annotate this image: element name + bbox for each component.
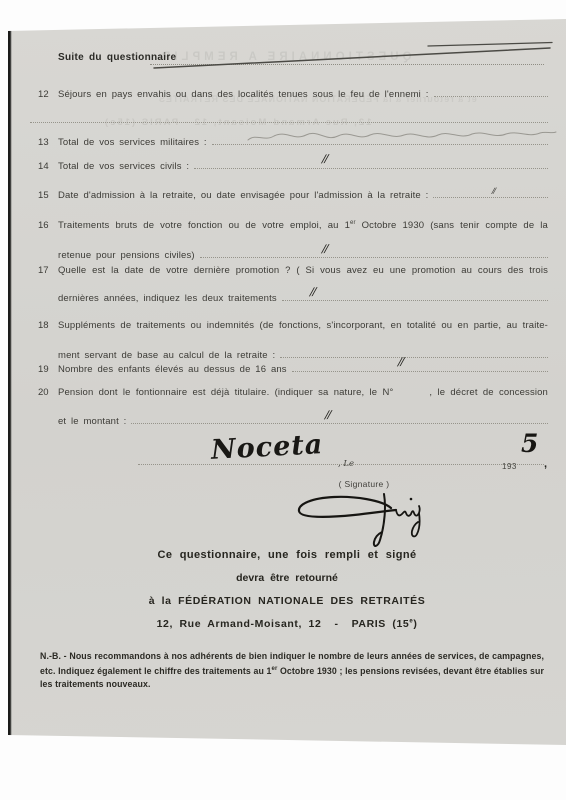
answer-line (30, 114, 548, 123)
handwritten-comma: , (544, 458, 547, 470)
item-label: Pension dont le fontionnaire est déjà ti… (58, 387, 393, 398)
item-label: et le montant : (58, 416, 126, 427)
pen-stroke-lines (146, 40, 558, 72)
item-17-line2: dernières années, indiquez les deux trai… (58, 292, 548, 304)
le-label: , Le (338, 459, 354, 469)
item-20-line2: et le montant : (58, 415, 548, 427)
item-16-line2: retenue pour pensions civiles) (58, 249, 548, 261)
item-18-line1: Suppléments de traitements ou indemnités… (58, 320, 548, 331)
item-label: Traitements bruts de votre fonction ou d… (58, 220, 350, 231)
item-14-row: 14 Total de vos services civils : (38, 160, 548, 172)
questionnaire-page: QUESTIONNAIRE A REMPLIR et à retourner à… (8, 18, 566, 746)
pencil-handwriting (246, 124, 558, 150)
item-number: 13 (38, 137, 58, 148)
handwritten-signature (294, 490, 439, 552)
item-label: Octobre 1930 (sans tenir compte de la (356, 220, 548, 231)
item-number: 16 (38, 220, 49, 231)
item-label: Total de vos services militaires : (58, 137, 207, 148)
item-number: 20 (38, 387, 49, 398)
answer-line (282, 292, 548, 301)
footer-address: 12, Rue Armand-Moisant, 12 - PARIS (15e) (10, 618, 564, 630)
item-label: Total de vos services civils : (58, 161, 189, 172)
handwritten-year-digit: 5 (521, 429, 538, 458)
nota-bene: N.-B. - Nous recommandons à nos adhérent… (40, 650, 544, 691)
item-number: 18 (38, 320, 49, 331)
item-label: Séjours en pays envahis ou dans des loca… (58, 89, 429, 100)
item-number: 12 (38, 89, 58, 100)
item-17-line1: Quelle est la date de votre dernière pro… (58, 265, 548, 276)
item-label: Nombre des enfants élevés au dessus de 1… (58, 364, 287, 375)
item-label: retenue pour pensions civiles) (58, 250, 195, 261)
item-18-line2: ment servant de base au calcul de la ret… (58, 349, 548, 361)
item-16-line1: Traitements bruts de votre fonction ou d… (58, 220, 548, 231)
item-label: Date d'admission à la retraite, ou date … (58, 190, 428, 201)
item-label: ment servant de base au calcul de la ret… (58, 350, 275, 361)
item-19-row: 19 Nombre des enfants élevés au dessus d… (38, 363, 548, 375)
footer-line-2: devra être retourné (10, 572, 564, 584)
item-number: 17 (38, 265, 49, 276)
answer-line (434, 88, 548, 97)
address-text: 12, Rue Armand-Moisant, 12 - PARIS (15 (157, 618, 410, 630)
item-label: , le décret de concession (429, 387, 548, 398)
item-12-answer-line2 (30, 114, 548, 123)
item-number: 19 (38, 364, 58, 375)
answer-line (200, 249, 548, 258)
signature-label: ( Signature ) (308, 479, 420, 489)
answer-line (194, 160, 548, 169)
footer-line-3: à la FÉDÉRATION NATIONALE DES RETRAITÉS (10, 595, 564, 607)
handwritten-place: Noceta (210, 429, 324, 466)
address-text: ) (413, 618, 417, 630)
item-12-row: 12 Séjours en pays envahis ou dans des l… (38, 88, 548, 100)
item-15-row: 15 Date d'admission à la retraite, ou da… (38, 189, 548, 201)
printed-year-prefix: 193 (502, 462, 517, 471)
scanned-document: QUESTIONNAIRE A REMPLIR et à retourner à… (0, 0, 566, 800)
item-number: 14 (38, 161, 58, 172)
item-20-line1: Pension dont le fontionnaire est déjà ti… (58, 387, 548, 398)
scan-edge-shadow (7, 26, 11, 738)
answer-line (131, 415, 548, 424)
item-label: dernières années, indiquez les deux trai… (58, 293, 277, 304)
answer-line (292, 363, 548, 372)
footer-line-1: Ce questionnaire, une fois rempli et sig… (10, 549, 564, 561)
answer-line (280, 349, 548, 358)
item-number: 15 (38, 190, 58, 201)
